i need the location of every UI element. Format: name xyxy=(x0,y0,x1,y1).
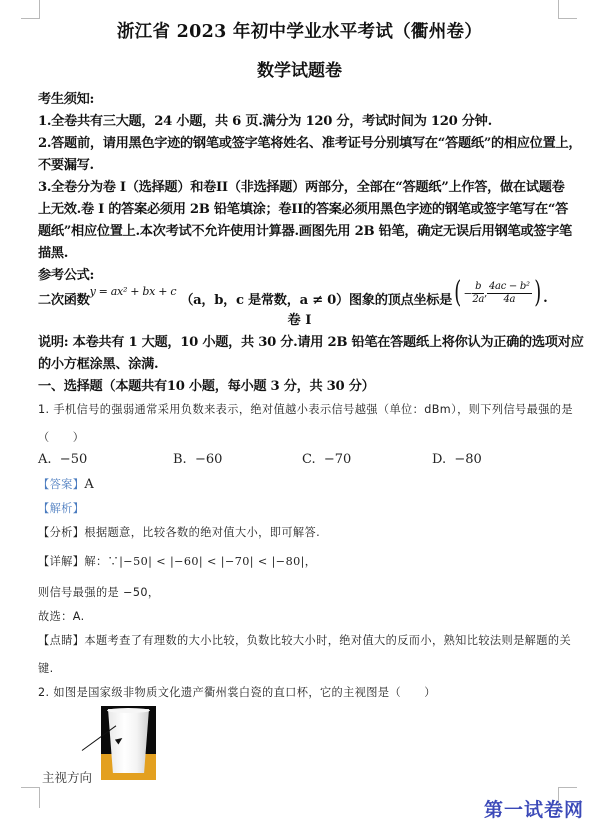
notice-line-2: 2.答题前，请用黑色字迹的钢笔或签字笔将姓名、准考证号分别填写在“答题纸”的相应… xyxy=(38,132,581,151)
document-subtitle: 数学试题卷 xyxy=(0,56,599,81)
option-label: C. xyxy=(302,452,316,467)
q1-dianjing-line-2: 键. xyxy=(38,660,54,676)
option-value: −50 xyxy=(60,452,87,467)
q1-conclusion: 则信号最强的是 −50， xyxy=(38,584,159,600)
cup-rim xyxy=(107,708,150,713)
q1-option-c: C. −70 xyxy=(302,452,351,467)
formula-prefix: 二次函数 xyxy=(38,289,90,308)
option-value: −60 xyxy=(195,452,222,467)
formula-suffix: . xyxy=(543,291,547,306)
page-corner-mark-top-right xyxy=(558,0,577,19)
option-label: B. xyxy=(173,452,187,467)
watermark-logo: 第一试卷网 xyxy=(484,795,584,822)
right-paren: ) xyxy=(534,278,541,308)
option-value: −80 xyxy=(454,452,481,467)
cup-image xyxy=(101,706,156,780)
q1-fenxi: 【分析】根据题意，比较各数的绝对值大小，即可解答. xyxy=(38,524,320,540)
vertex-x-fraction: b 2a xyxy=(472,281,484,306)
xiangjie-tag: 【详解】 xyxy=(38,555,84,568)
left-paren: ( xyxy=(454,278,461,308)
notice-line-5: 上无效.卷 I 的答案必须用 2B 铅笔填涂；卷II的答案必须用黑色字迹的钢笔或… xyxy=(38,198,568,217)
option-label: A. xyxy=(38,452,52,467)
section-title: 卷 I xyxy=(0,309,599,328)
quadratic-equation: y = ax² + bx + c xyxy=(90,285,177,298)
formula-condition: （a，b，c 是常数，a ≠ 0）图象的顶点坐标是 xyxy=(180,289,452,308)
question-1-stem: 1. 手机信号的强弱通常采用负数来表示，绝对值越小表示信号越强（单位：dBm），… xyxy=(38,401,573,417)
view-direction-caption: 主视方向 xyxy=(42,768,92,786)
notice-line-4: 3.全卷分为卷 I（选择题）和卷II（非选择题）两部分，全部在“答题纸”上作答，… xyxy=(38,176,564,195)
question-1-blank: （ ） xyxy=(38,429,84,445)
notice-line-6: 题纸”相应位置上.本次考试不允许使用计算器.画图先用 2B 铅笔，确定无误后用钢… xyxy=(38,220,572,239)
q1-dianjing: 【点睛】本题考查了有理数的大小比较，负数比较大小时，绝对值大的反而小，熟知比较法… xyxy=(38,632,571,648)
page-corner-mark-bottom-left xyxy=(21,787,40,808)
fenxi-text: 根据题意，比较各数的绝对值大小，即可解答. xyxy=(84,526,320,539)
q1-answer: 【答案】A xyxy=(38,476,94,492)
document-title: 浙江省 2023 年初中学业水平考试（衢州卷） xyxy=(0,18,599,43)
notice-line-1: 1.全卷共有三大题，24 小题，共 6 页.满分为 120 分，考试时间为 12… xyxy=(38,110,492,129)
formula-line: 二次函数 y = ax² + bx + c （a，b，c 是常数，a ≠ 0）图… xyxy=(38,278,547,308)
dianjing-text: 本题考查了有理数的大小比较，负数比较大小时，绝对值大的反而小，熟知比较法则是解题… xyxy=(84,634,571,647)
q1-xiangjie: 【详解】解：∵|−50| < |−60| < |−70| < |−80|， xyxy=(38,553,316,569)
notice-line-3: 不要漏写. xyxy=(38,154,94,173)
q1-analysis-tag: 【解析】 xyxy=(38,500,84,516)
vertex-y-numerator: 4ac − b² xyxy=(487,281,532,294)
page-corner-mark-top-left xyxy=(21,0,40,19)
vertex-x-denominator: 2a xyxy=(472,294,484,306)
q1-option-d: D. −80 xyxy=(432,452,482,467)
part-heading: 一、选择题（本题共有10 小题，每小题 3 分，共 30 分） xyxy=(38,375,374,394)
option-value: −70 xyxy=(324,452,351,467)
notice-heading: 考生须知: xyxy=(38,88,94,107)
q1-choose: 故选：A. xyxy=(38,608,85,624)
answer-tag: 【答案】 xyxy=(38,478,84,491)
cup-shape xyxy=(108,709,149,773)
q1-option-a: A. −50 xyxy=(38,452,87,467)
vertex-y-denominator: 4a xyxy=(487,294,532,306)
section-description-2: 的小方框涂黑、涂满. xyxy=(38,353,158,372)
xiangjie-text: 解：∵|−50| < |−60| < |−70| < |−80|， xyxy=(84,555,316,568)
dianjing-tag: 【点睛】 xyxy=(38,634,84,647)
section-description-1: 说明: 本卷共有 1 大题，10 小题，共 30 分.请用 2B 铅笔在答题纸上… xyxy=(38,331,583,350)
vertex-y-fraction: 4ac − b² 4a xyxy=(487,281,532,306)
notice-line-7: 描黑. xyxy=(38,242,68,261)
q1-option-b: B. −60 xyxy=(173,452,222,467)
answer-value: A xyxy=(84,477,94,492)
option-label: D. xyxy=(432,452,446,467)
question-2-stem: 2. 如图是国家级非物质文化遗产衢州裳白瓷的直口杯，它的主视图是（ ） xyxy=(38,684,436,700)
vertex-x-numerator: b xyxy=(472,281,484,294)
fenxi-tag: 【分析】 xyxy=(38,526,84,539)
